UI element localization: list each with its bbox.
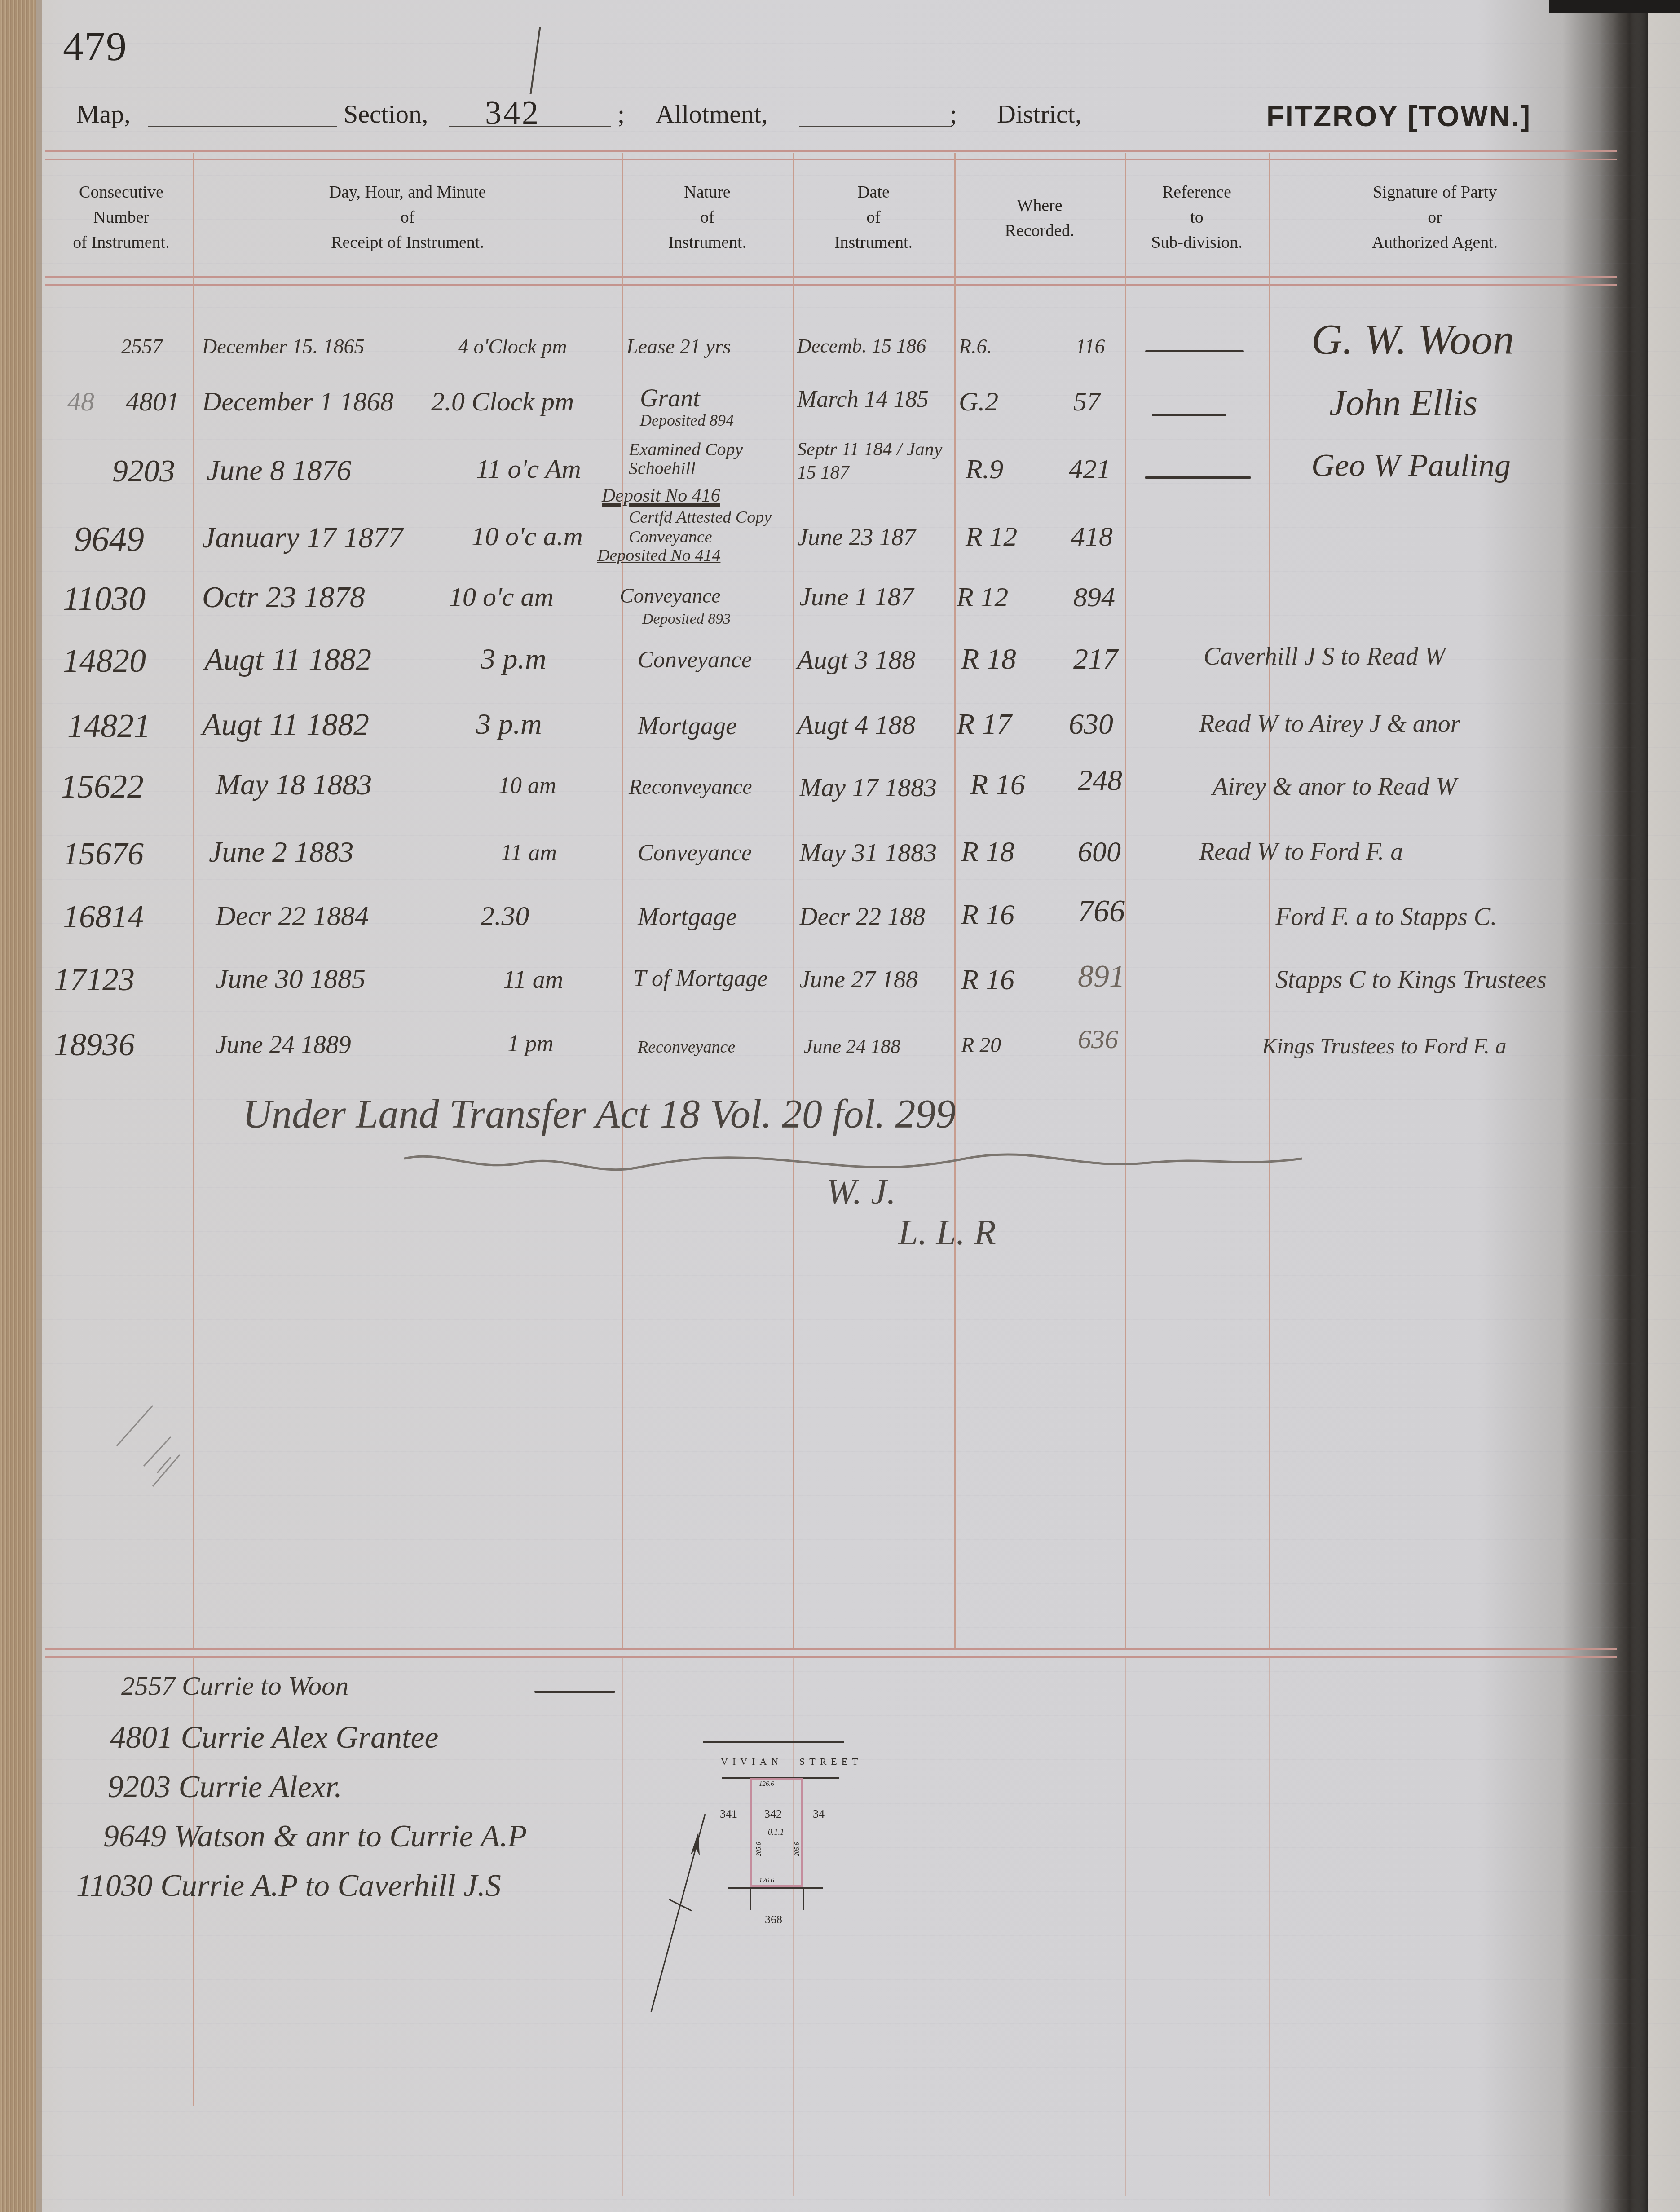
header-rule-top xyxy=(45,150,1617,160)
gutter-shadow xyxy=(1599,0,1648,2212)
index-row: 2557 Currie to Woon xyxy=(121,1670,348,1701)
initials-1: W. J. xyxy=(826,1172,896,1213)
page-edge xyxy=(36,0,42,2212)
signature: Geo W Pauling xyxy=(1311,447,1511,484)
transfer-note: Airey & anor to Read W xyxy=(1213,772,1457,801)
column-header-reference: ReferencetoSub-division. xyxy=(1125,180,1269,255)
register-header: Map, Section, 342 ; Allotment, ; Distric… xyxy=(76,99,1603,153)
header-rule-bottom xyxy=(45,276,1617,286)
transfer-note: Read W to Ford F. a xyxy=(1199,837,1403,866)
lot-area: 0.1.1 xyxy=(768,1828,784,1837)
col-divider-6 xyxy=(1269,153,1270,1648)
col-divider-2 xyxy=(622,153,623,1648)
transfer-note: Read W to Airey J & anor xyxy=(1199,709,1460,738)
street-name-2: STREET xyxy=(799,1756,863,1767)
signature: G. W. Woon xyxy=(1311,314,1514,364)
column-header-signature: Signature of PartyorAuthorized Agent. xyxy=(1269,180,1601,255)
index-row: 9649 Watson & anr to Currie A.P xyxy=(103,1819,527,1855)
col-divider-1 xyxy=(193,153,194,1648)
transfer-note: Kings Trustees to Ford F. a xyxy=(1262,1033,1507,1059)
column-header-nature: NatureofInstrument. xyxy=(622,180,793,255)
reference-dash xyxy=(1145,350,1244,352)
map-field xyxy=(148,99,337,127)
transfer-note: Caverhill J S to Read W xyxy=(1204,642,1446,671)
col-divider-4 xyxy=(954,153,956,1648)
index-row: 4801 Currie Alex Grantee xyxy=(110,1720,439,1756)
north-arrow-icon xyxy=(642,1810,714,2016)
street-name-1: VIVIAN xyxy=(721,1756,783,1767)
index-row: 11030 Currie A.P to Caverhill J.S xyxy=(76,1868,501,1904)
scan-border xyxy=(1549,0,1680,13)
section-label: Section, xyxy=(344,99,428,129)
reference-dash xyxy=(1152,414,1226,416)
book-binding xyxy=(0,0,36,2212)
section-value: 342 xyxy=(485,94,540,132)
initials-2: L. L. R xyxy=(898,1212,996,1253)
index-row: 9203 Currie Alexr. xyxy=(108,1769,342,1805)
transfer-note: Ford F. a to Stapps C. xyxy=(1275,903,1497,931)
col-divider-3 xyxy=(793,153,794,1648)
lot-342: 342 xyxy=(764,1807,782,1821)
transfer-note: Stapps C to Kings Trustees xyxy=(1275,965,1547,994)
allotment-field xyxy=(799,99,952,127)
reference-dash xyxy=(1145,476,1251,479)
district-value: FITZROY [TOWN.] xyxy=(1266,100,1531,133)
land-transfer-note: Under Land Transfer Act 18 Vol. 20 fol. … xyxy=(243,1091,956,1137)
page-number: 479 xyxy=(63,22,128,70)
lot-341: 341 xyxy=(720,1807,737,1821)
pencil-hatching xyxy=(103,1401,193,1500)
district-label: District, xyxy=(997,99,1081,129)
table-rule-bottom xyxy=(45,1648,1617,1658)
column-header-recorded: WhereRecorded. xyxy=(954,193,1125,243)
map-label: Map, xyxy=(76,99,131,129)
signature: John Ellis xyxy=(1329,382,1477,424)
lot-343: 34 xyxy=(813,1807,825,1821)
column-header-number: ConsecutiveNumberof Instrument. xyxy=(49,180,193,255)
column-header-date: DateofInstrument. xyxy=(793,180,954,255)
lot-368: 368 xyxy=(765,1913,782,1926)
allotment-label: Allotment, xyxy=(656,99,768,129)
column-header-receipt: Day, Hour, and MinuteofReceipt of Instru… xyxy=(193,180,622,255)
col-divider-5 xyxy=(1125,153,1126,1648)
